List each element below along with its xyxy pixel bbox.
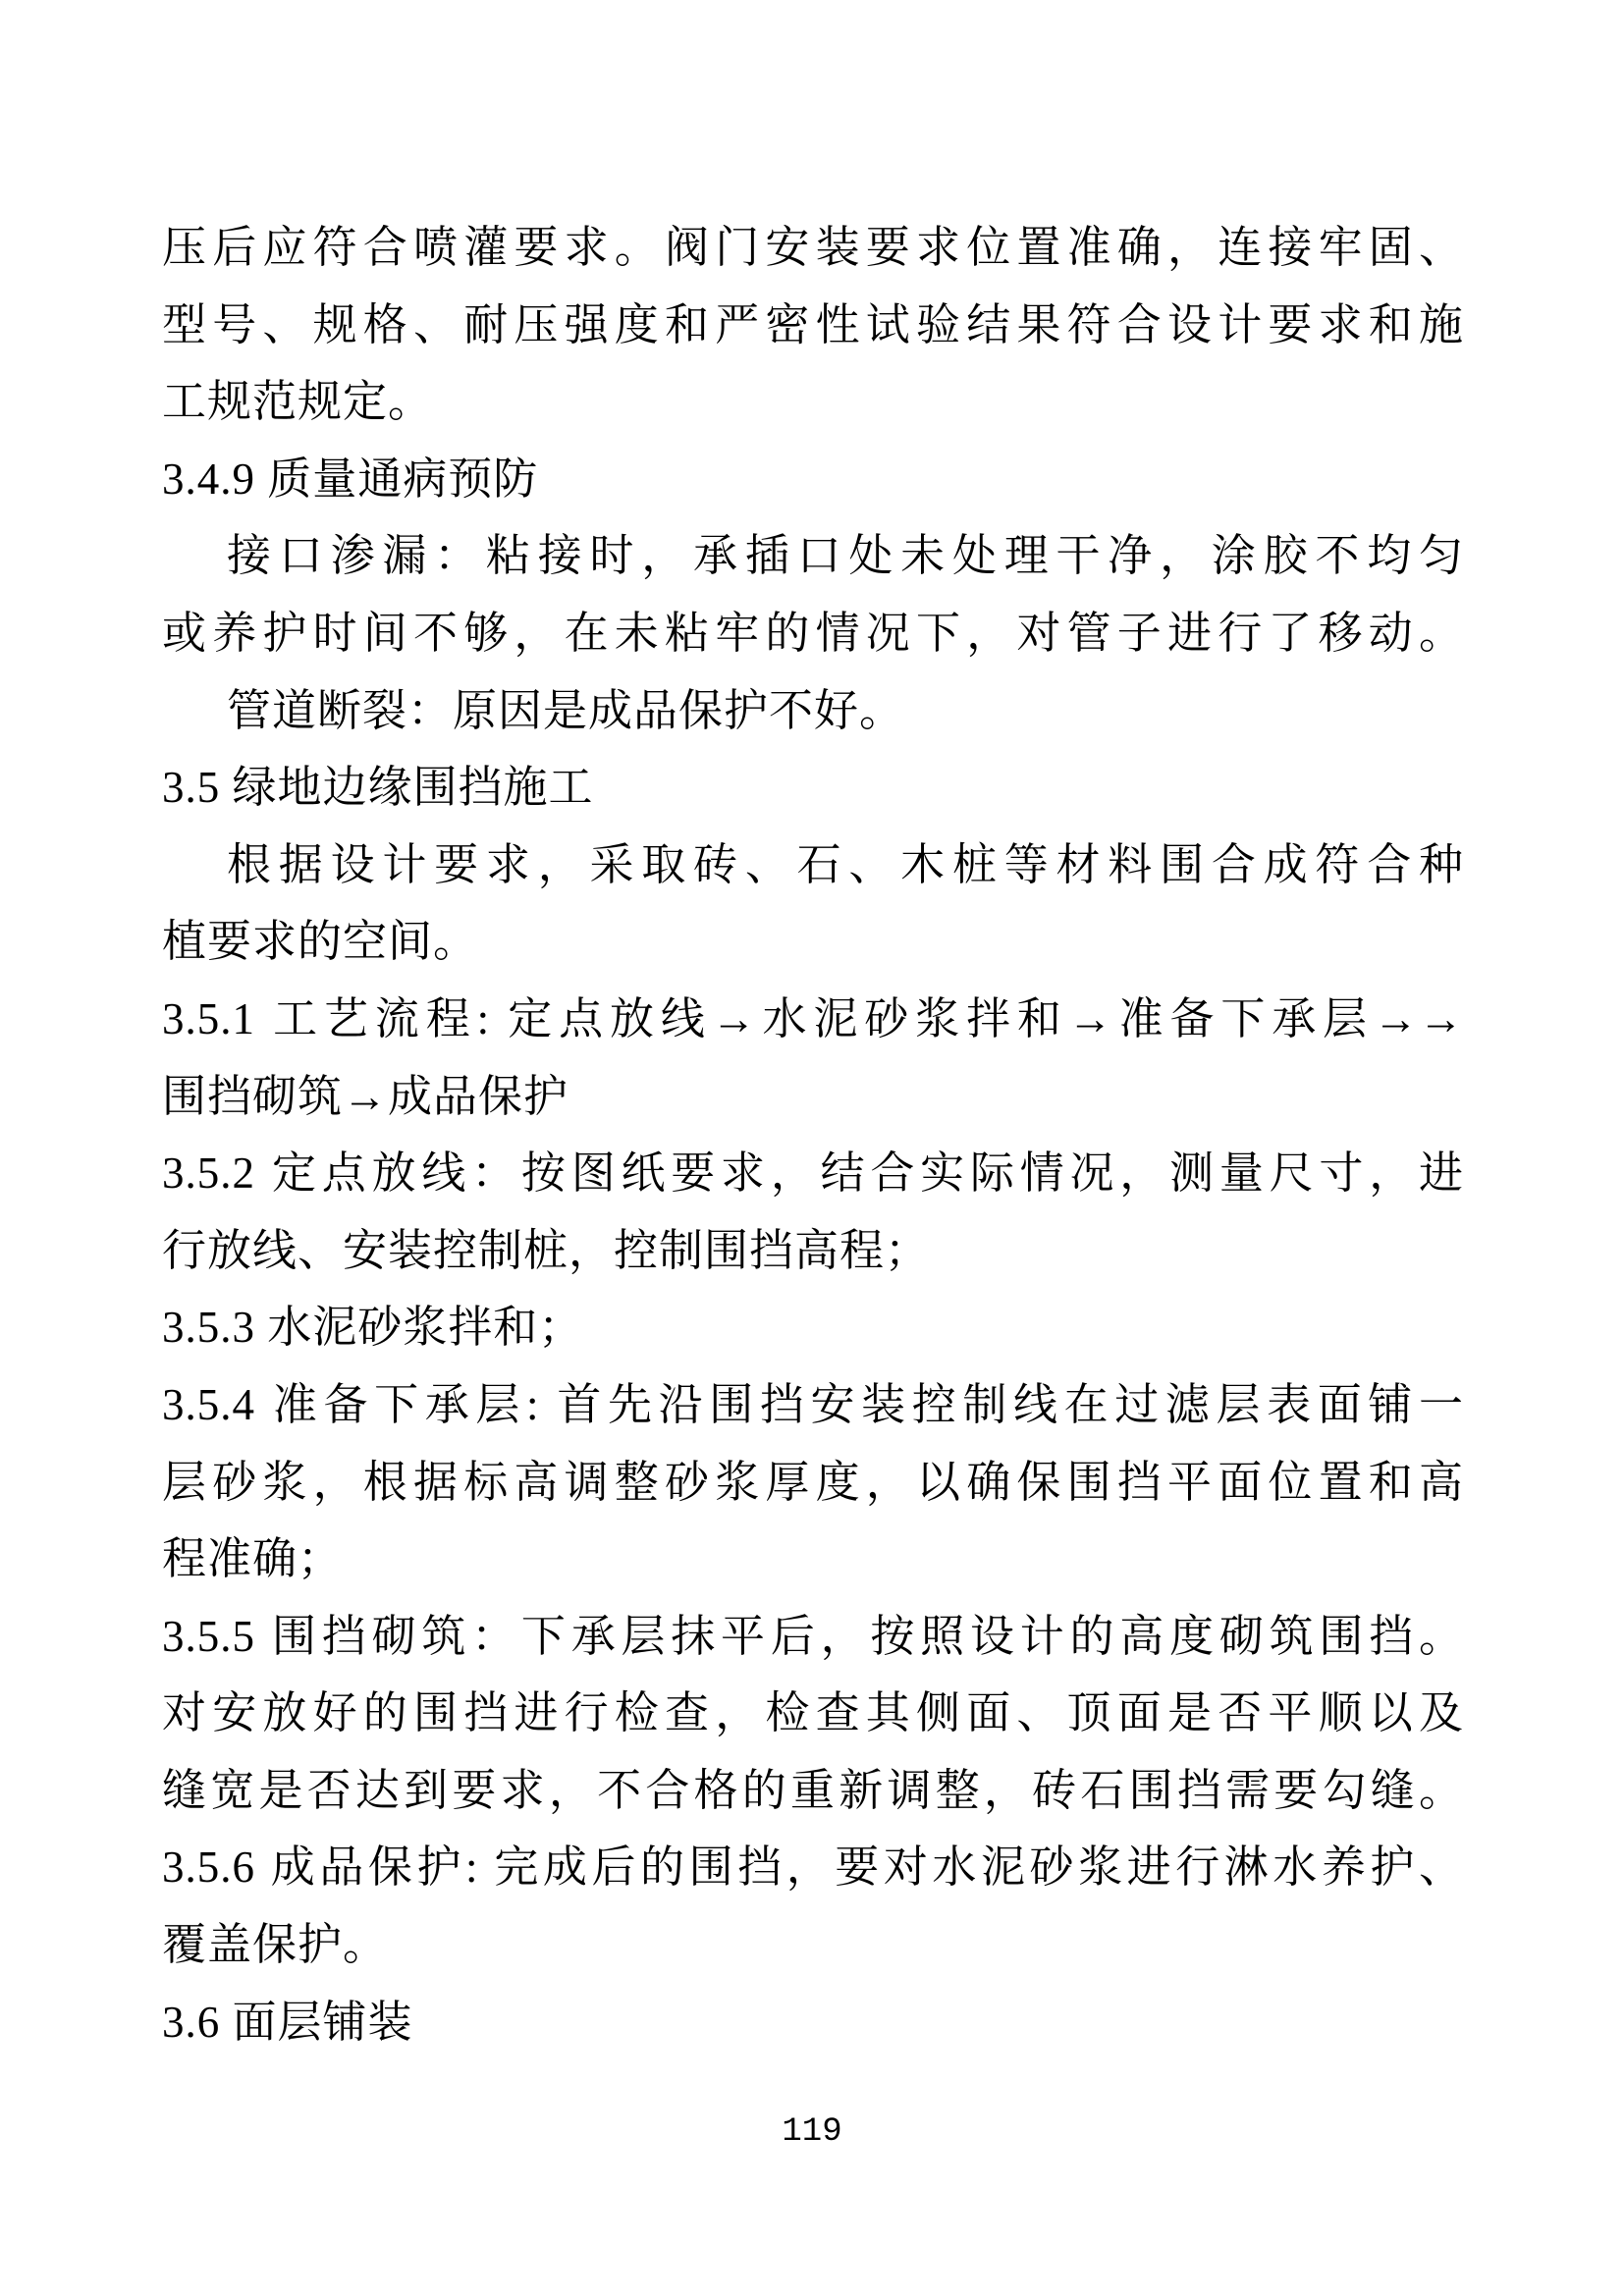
section-heading-3-5-5: 3.5.5 围挡砌筑：下承层抹平后，按照设计的高度砌筑围挡。 [162, 1598, 1464, 1676]
document-page: 压后应符合喷灌要求。阀门安装要求位置准确，连接牢固、 型号、规格、耐压强度和严密… [0, 0, 1624, 2296]
section-heading-3-5: 3.5 绿地边缘围挡施工 [162, 749, 1464, 827]
text-line: 工规范规定。 [162, 363, 1464, 441]
text-line: 根据设计要求，采取砖、石、木桩等材料围合成符合种 [162, 827, 1464, 904]
text-line: 围挡砌筑→成品保护 [162, 1058, 1464, 1136]
section-heading-3-4-9: 3.4.9 质量通病预防 [162, 441, 1464, 518]
text-line: 植要求的空间。 [162, 903, 1464, 981]
text-line: 或养护时间不够，在未粘牢的情况下，对管子进行了移动。 [162, 595, 1464, 672]
text-line: 压后应符合喷灌要求。阀门安装要求位置准确，连接牢固、 [162, 209, 1464, 287]
section-heading-3-5-1: 3.5.1 工艺流程: 定点放线→水泥砂浆拌和→准备下承层→→ [162, 981, 1464, 1058]
text-line: 接口渗漏：粘接时，承插口处未处理干净，涂胶不均匀 [162, 517, 1464, 595]
section-heading-3-5-3: 3.5.3 水泥砂浆拌和； [162, 1289, 1464, 1366]
text-line: 管道断裂：原因是成品保护不好。 [162, 672, 1464, 750]
section-heading-3-5-4: 3.5.4 准备下承层: 首先沿围挡安装控制线在过滤层表面铺一 [162, 1366, 1464, 1444]
document-body: 压后应符合喷灌要求。阀门安装要求位置准确，连接牢固、 型号、规格、耐压强度和严密… [162, 209, 1464, 2060]
section-heading-3-5-2: 3.5.2 定点放线：按图纸要求，结合实际情况，测量尺寸，进 [162, 1135, 1464, 1212]
text-line: 覆盖保护。 [162, 1906, 1464, 1984]
section-heading-3-5-6: 3.5.6 成品保护: 完成后的围挡，要对水泥砂浆进行淋水养护、 [162, 1829, 1464, 1906]
text-line: 程准确； [162, 1521, 1464, 1598]
text-line: 型号、规格、耐压强度和严密性试验结果符合设计要求和施 [162, 287, 1464, 364]
page-number: 119 [0, 2112, 1624, 2152]
text-line: 缝宽是否达到要求，不合格的重新调整，砖石围挡需要勾缝。 [162, 1752, 1464, 1830]
text-line: 对安放好的围挡进行检查，检查其侧面、顶面是否平顺以及 [162, 1675, 1464, 1752]
text-line: 行放线、安装控制桩，控制围挡高程； [162, 1212, 1464, 1290]
text-line: 层砂浆，根据标高调整砂浆厚度，以确保围挡平面位置和高 [162, 1444, 1464, 1522]
section-heading-3-6: 3.6 面层铺装 [162, 1984, 1464, 2061]
